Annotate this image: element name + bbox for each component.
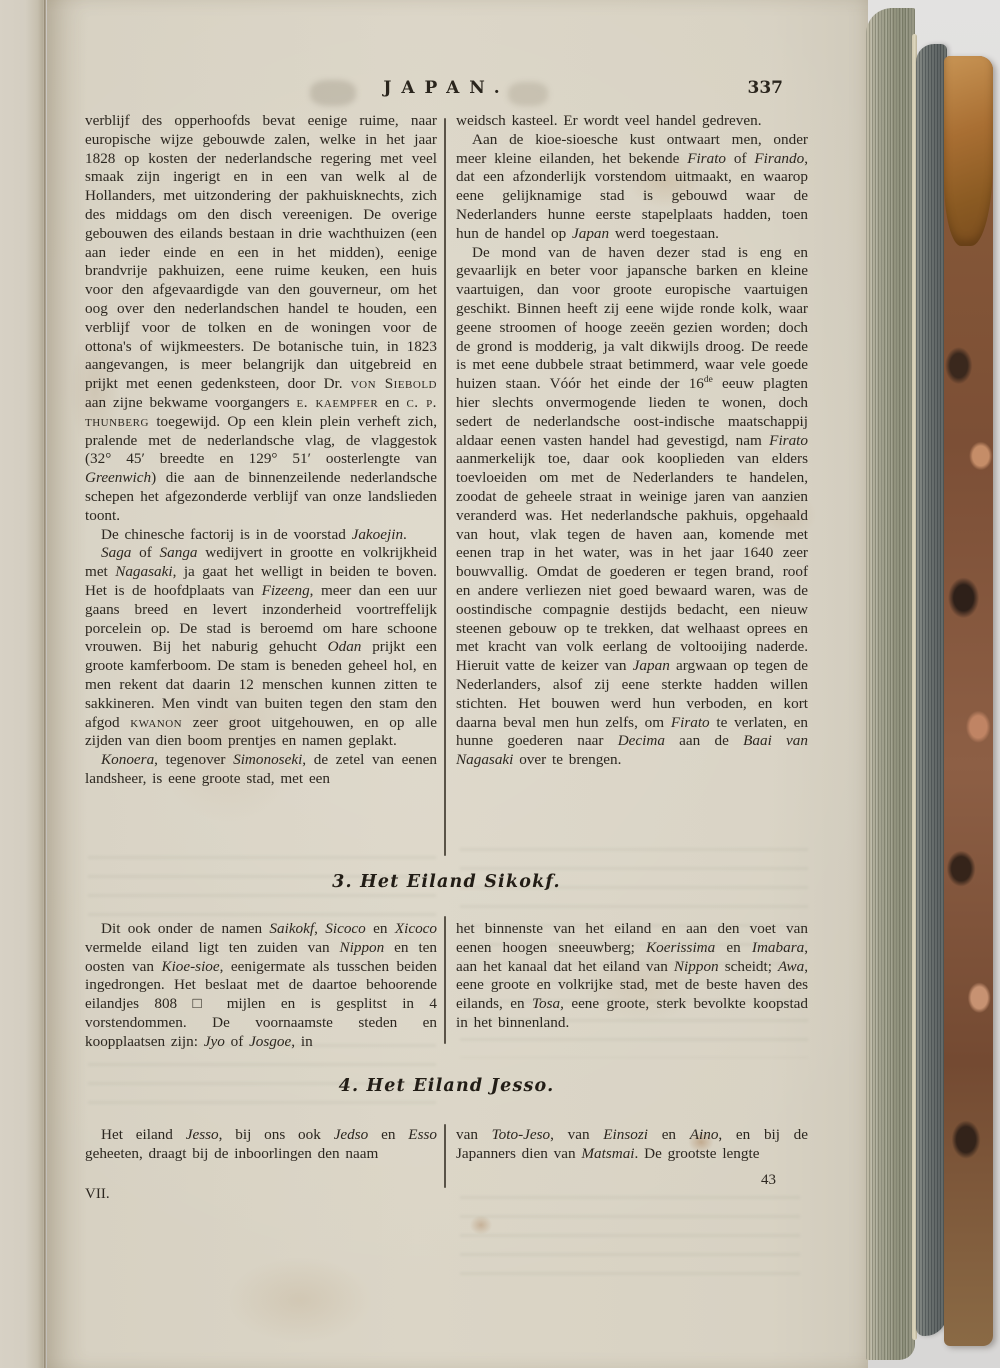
paragraph: Konoera, tegenover Simonoseki, de zetel … (85, 751, 437, 789)
footer-sheet-number: 43 (456, 1172, 776, 1189)
fore-edge-outer-pages (916, 44, 947, 1336)
section3-right-column: het binnenste van het eiland en aan den … (456, 920, 808, 1033)
paragraph: Aan de kioe-sioesche kust ontwaart men, … (456, 131, 808, 244)
paragraph: van Toto-Jeso, van Einsozi en Aino, en b… (456, 1126, 808, 1164)
paragraph: weidsch kasteel. Er wordt veel handel ge… (456, 112, 808, 131)
footer-signature: VII. (85, 1186, 110, 1203)
section3-left-column: Dit ook onder de namen Saikokf, Sicoco e… (85, 920, 437, 1052)
section4-heading: 4. Het Eiland Jesso. (85, 1076, 808, 1096)
column-rule-section4 (444, 1124, 446, 1188)
paragraph: Het eiland Jesso, bij ons ook Jedso en E… (85, 1126, 437, 1164)
section4-left-column: Het eiland Jesso, bij ons ook Jedso en E… (85, 1126, 437, 1164)
paragraph: De mond van de haven dezer stad is eng e… (456, 244, 808, 770)
book-cover-marbled (944, 56, 993, 1346)
paragraph: verblijf des opperhoofds bevat eenige ru… (85, 112, 437, 526)
column-rule-main (444, 118, 446, 856)
fore-edge-inner-pages (866, 8, 915, 1360)
section3-heading: 3. Het Eiland Sikokf. (85, 872, 808, 892)
paragraph: het binnenste van het eiland en aan den … (456, 920, 808, 1033)
section4-right-column: van Toto-Jeso, van Einsozi en Aino, en b… (456, 1126, 808, 1164)
paragraph: Dit ook onder de namen Saikokf, Sicoco e… (85, 920, 437, 1052)
page-number: 337 (456, 78, 783, 98)
main-right-column: weidsch kasteel. Er wordt veel handel ge… (456, 112, 808, 770)
scanned-book-photo: JAPAN. 337 verblijf des opperhoofds beva… (0, 0, 1000, 1368)
paragraph: De chinesche factorij is in de voorstad … (85, 526, 437, 545)
book-cover-leather-corner (944, 56, 993, 246)
column-rule-section3 (444, 916, 446, 1044)
paragraph: Saga of Sanga wedijvert in grootte en vo… (85, 544, 437, 751)
main-left-column: verblijf des opperhoofds bevat eenige ru… (85, 112, 437, 789)
previous-page-edge (0, 0, 46, 1368)
